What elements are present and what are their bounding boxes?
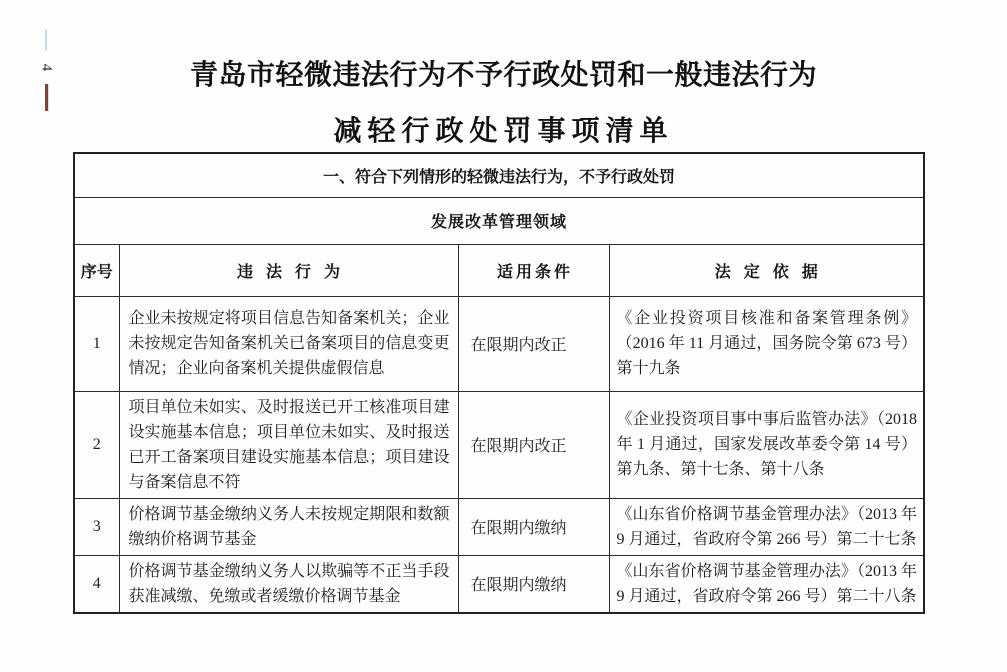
col-header-violation: 违法行为 (119, 244, 458, 296)
category-header-cell: 发展改革管理领域 (74, 197, 924, 244)
document-title-line1: 青岛市轻微违法行为不予行政处罚和一般违法行为 (0, 53, 1007, 93)
table-row: 3 价格调节基金缴纳义务人未按规定期限和数额缴纳价格调节基金 在限期内缴纳 《山… (74, 498, 924, 555)
col-header-index: 序号 (74, 244, 119, 296)
cell-index: 2 (74, 391, 119, 498)
document-title-line2: 减轻行政处罚事项清单 (0, 109, 1007, 149)
table-row: 2 项目单位未如实、及时报送已开工核准项目建设实施基本信息；项目单位未如实、及时… (74, 391, 924, 498)
cell-condition: 在限期内缴纳 (458, 555, 609, 613)
table-row: 1 企业未按规定将项目信息告知备案机关；企业未按规定告知备案机关已备案项目的信息… (74, 296, 924, 391)
section-header-cell: 一、符合下列情形的轻微违法行为，不予行政处罚 (74, 153, 924, 197)
column-header-row: 序号 违法行为 适用条件 法定依据 (74, 244, 924, 296)
cell-violation: 企业未按规定将项目信息告知备案机关；企业未按规定告知备案机关已备案项目的信息变更… (119, 296, 458, 391)
category-header-row: 发展改革管理领域 (74, 197, 924, 244)
cell-basis: 《企业投资项目核准和备案管理条例》（2016 年 11 月通过，国务院令第 67… (609, 296, 924, 391)
cell-index: 3 (74, 498, 119, 555)
cell-violation: 价格调节基金缴纳义务人以欺骗等不正当手段获准减缴、免缴或者缓缴价格调节基金 (119, 555, 458, 613)
cell-basis: 《山东省价格调节基金管理办法》（2013 年 9 月通过，省政府令第 266 号… (609, 555, 924, 613)
cell-index: 4 (74, 555, 119, 613)
cell-basis: 《山东省价格调节基金管理办法》（2013 年 9 月通过，省政府令第 266 号… (609, 498, 924, 555)
section-header-row: 一、符合下列情形的轻微违法行为，不予行政处罚 (74, 153, 924, 197)
cell-basis: 《企业投资项目事中事后监管办法》（2018 年 1 月通过，国家发展改革委令第 … (609, 391, 924, 498)
items-table: 一、符合下列情形的轻微违法行为，不予行政处罚 发展改革管理领域 序号 违法行为 … (73, 152, 925, 614)
cell-violation: 价格调节基金缴纳义务人未按规定期限和数额缴纳价格调节基金 (119, 498, 458, 555)
cell-condition: 在限期内改正 (458, 391, 609, 498)
cell-condition: 在限期内改正 (458, 296, 609, 391)
cell-condition: 在限期内缴纳 (458, 498, 609, 555)
cell-violation: 项目单位未如实、及时报送已开工核准项目建设实施基本信息；项目单位未如实、及时报送… (119, 391, 458, 498)
cell-index: 1 (74, 296, 119, 391)
col-header-condition: 适用条件 (458, 244, 609, 296)
margin-dash-top (45, 30, 47, 50)
document-page: 4 青岛市轻微违法行为不予行政处罚和一般违法行为 减轻行政处罚事项清单 一、符合… (0, 0, 1007, 672)
col-header-basis: 法定依据 (609, 244, 924, 296)
table-row: 4 价格调节基金缴纳义务人以欺骗等不正当手段获准减缴、免缴或者缓缴价格调节基金 … (74, 555, 924, 613)
